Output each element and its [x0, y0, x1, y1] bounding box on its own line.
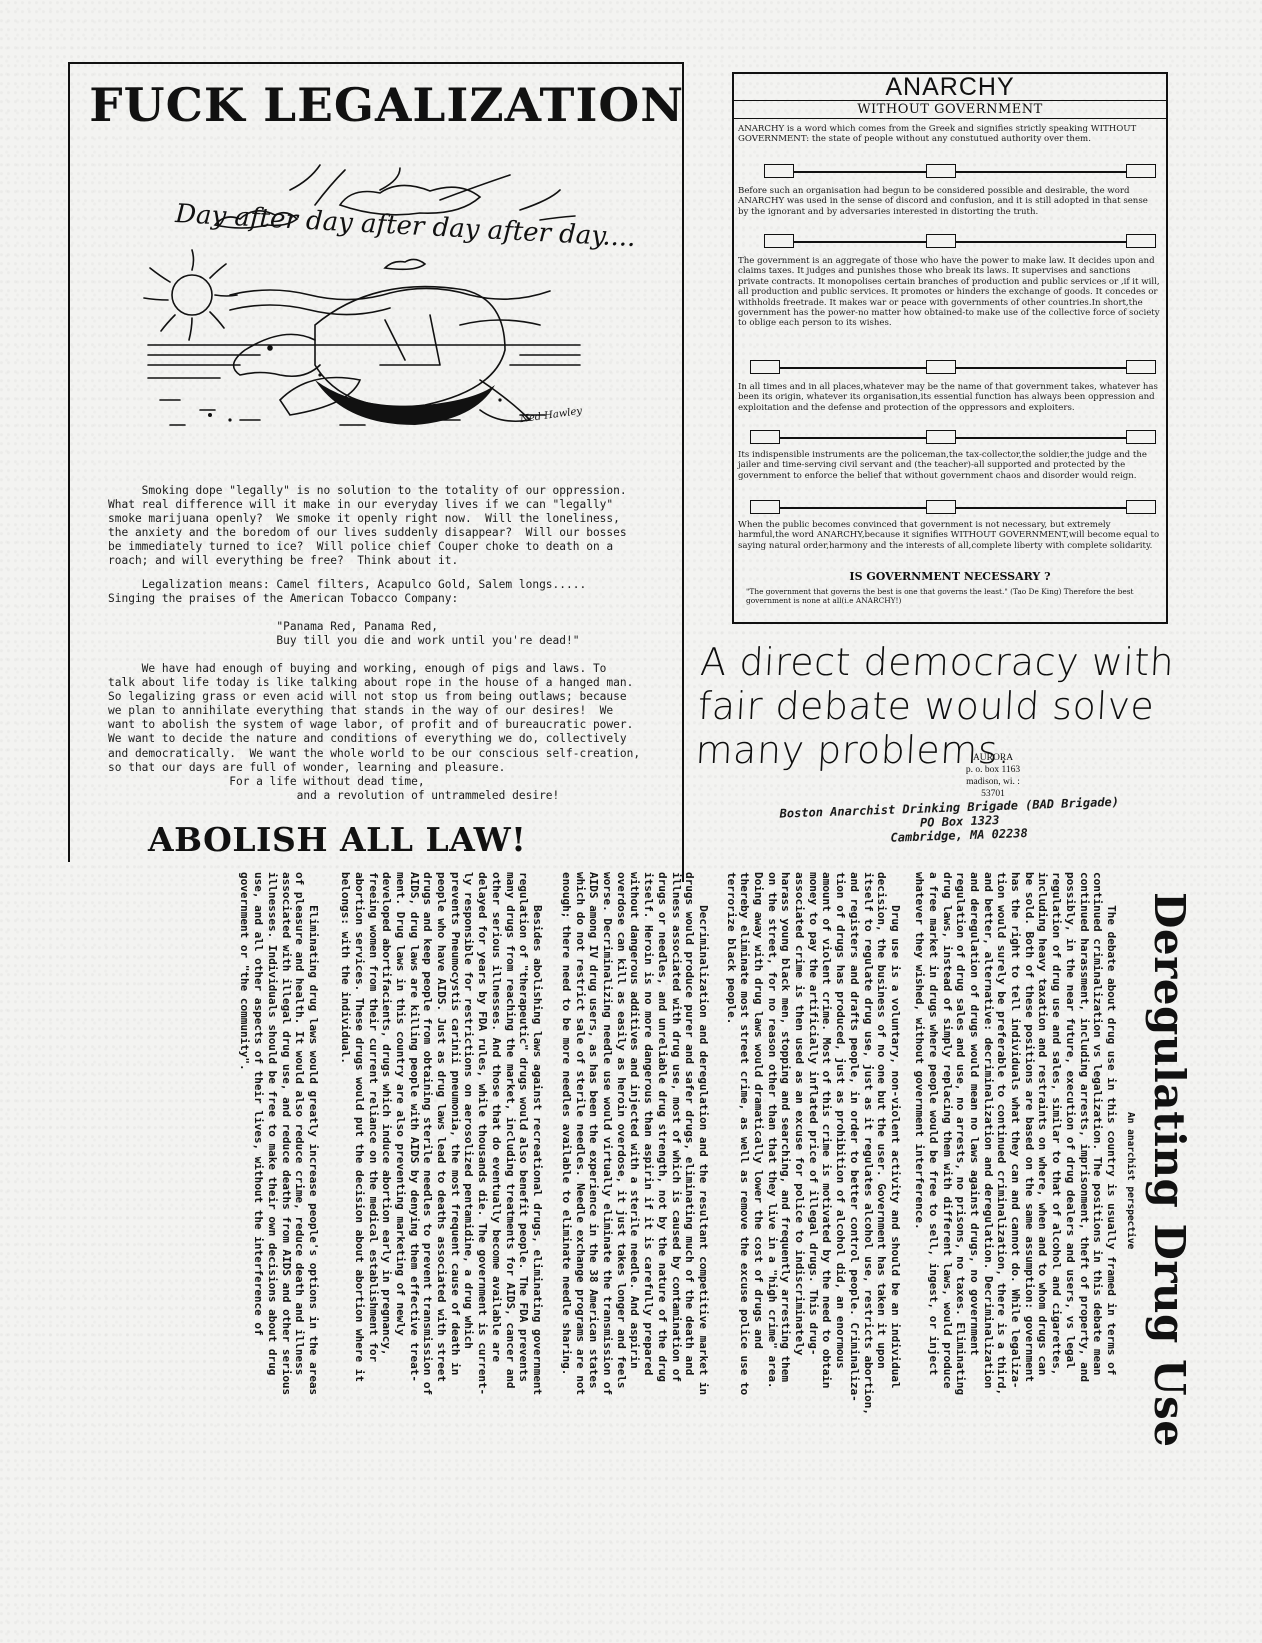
handwritten-line: many problems. — [695, 728, 1177, 772]
anarchy-question: IS GOVERNMENT NECESSARY ? — [734, 570, 1166, 583]
aurora-address: AURORA p. o. box 1163 madison, wi. : 537… — [958, 752, 1028, 800]
anarchy-paragraph-6: When the public becomes convinced that g… — [738, 520, 1160, 551]
turtle-illustration — [140, 150, 590, 440]
article-paragraph-5: Eliminating drug laws would greatly incr… — [238, 872, 320, 1522]
handwritten-line: A direct democracy with — [699, 640, 1181, 684]
article-subtitle: An anarchist perspective — [1125, 1112, 1136, 1249]
headline-fuck-legalization: FUCK LEGALIZATION — [89, 78, 670, 132]
handwritten-note: A direct democracy with fair debate woul… — [695, 640, 1182, 772]
anarchy-paragraph-2: Before such an organisation had begun to… — [738, 186, 1160, 217]
article-paragraph-1: The debate about drug use in this countr… — [912, 872, 1118, 1522]
column-divider-rule — [682, 62, 684, 882]
aurora-po-box: p. o. box 1163 — [958, 764, 1028, 776]
handwritten-line: fair debate would solve — [697, 684, 1179, 728]
decorative-divider — [750, 360, 1156, 374]
decorative-divider — [764, 234, 1156, 248]
bad-brigade-address: Boston Anarchist Drinking Brigade (BAD B… — [779, 793, 1160, 848]
anarchy-paragraph-4: In all times and in all places,whatever … — [738, 382, 1160, 413]
anarchy-without-government-box: ANARCHY WITHOUT GOVERNMENT ANARCHY is a … — [732, 72, 1168, 624]
headline-abolish-all-law: ABOLISH ALL LAW! — [148, 820, 588, 859]
paragraph-enough-buying: We have had enough of buying and working… — [108, 662, 648, 803]
aurora-city: madison, wi. : 53701 — [958, 776, 1028, 800]
article-paragraph-3: Decriminalization and deregulation and t… — [559, 872, 710, 1522]
paragraph-panama-red-quote: "Panama Red, Panama Red, Buy till you di… — [108, 620, 648, 648]
anarchy-title: ANARCHY — [734, 74, 1166, 101]
article-paragraph-4: Besides abolishing laws against recreati… — [338, 872, 544, 1522]
decorative-divider — [764, 164, 1156, 178]
paragraph-legalization-means: Legalization means: Camel filters, Acapu… — [108, 578, 648, 606]
article-title: Deregulating Drug Use — [1145, 892, 1194, 1512]
deregulating-drug-use-article: Deregulating Drug Use An anarchist persp… — [70, 862, 1200, 1532]
article-paragraph-2: Drug use is a voluntary, non-violent act… — [724, 872, 902, 1522]
anarchy-paragraph-5: Its indispensible instruments are the po… — [738, 450, 1160, 481]
aurora-name: AURORA — [958, 752, 1028, 764]
paragraph-smoking-dope: Smoking dope "legally" is no solution to… — [108, 484, 648, 569]
decorative-divider — [750, 500, 1156, 514]
tao-de-king-quote: "The government that governs the best is… — [746, 587, 1160, 605]
turtle-beach-drawing-icon — [140, 150, 590, 440]
decorative-divider — [750, 430, 1156, 444]
anarchy-paragraph-3: The government is an aggregate of those … — [738, 256, 1160, 329]
anarchy-paragraph-1: ANARCHY is a word which comes from the G… — [738, 124, 1160, 145]
anarchy-subtitle: WITHOUT GOVERNMENT — [734, 101, 1166, 119]
